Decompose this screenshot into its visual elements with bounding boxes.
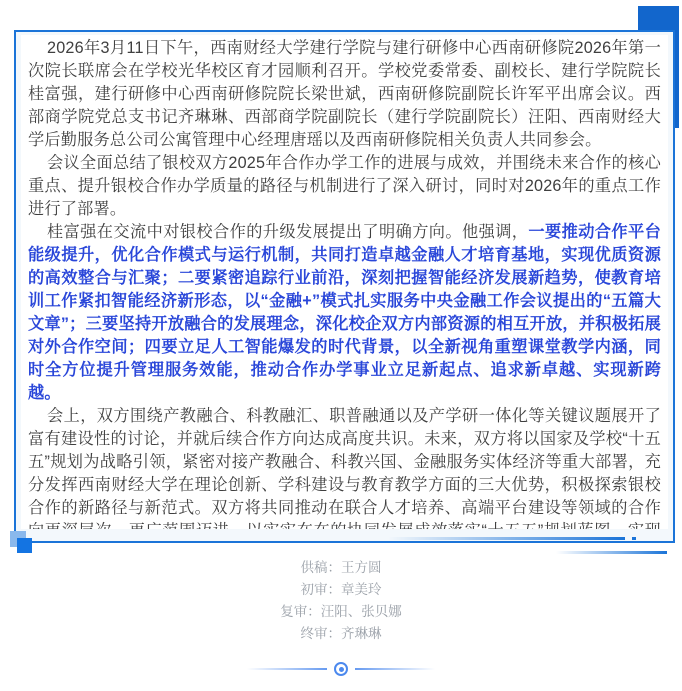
body-text: 会议全面总结了银校双方2025年合作办学工作的进展与成效，并围绕未来合作的核心重… <box>28 154 661 218</box>
article-content: 2026年3月11日下午，西南财经大学建行学院与建行研修中心西南研修院2026年… <box>21 35 668 529</box>
divider-circle-dot <box>339 667 344 672</box>
article-paragraph: 桂富强在交流中对银校合作的升级发展提出了明确方向。他强调，一要推动合作平台能级提… <box>28 221 661 405</box>
divider-line-right <box>355 668 435 670</box>
article-card: 2026年3月11日下午，西南财经大学建行学院与建行研修中心西南研修院2026年… <box>14 30 675 543</box>
emphasized-text: 一要推动合作平台能级提升，优化合作模式与运行机制，共同打造卓越金融人才培育基地，… <box>28 223 661 402</box>
body-text: 桂富强在交流中对银校合作的升级发展提出了明确方向。他强调， <box>47 223 528 241</box>
article-paragraph: 会议全面总结了银校双方2025年合作办学工作的进展与成效，并围绕未来合作的核心重… <box>28 152 661 221</box>
credits-block: 供稿：王方圆 初审：章美玲 复审：汪阳、张贝娜 终审：齐琳琳 <box>0 557 682 645</box>
credit-line-contributor: 供稿：王方圆 <box>0 557 682 579</box>
credit-line-second-review: 复审：汪阳、张贝娜 <box>0 601 682 623</box>
article-paragraph: 2026年3月11日下午，西南财经大学建行学院与建行研修中心西南研修院2026年… <box>28 37 661 152</box>
article-paragraph: 会上，双方围绕产教融合、科教融汇、职普融通以及产学研一体化等关键议题展开了富有建… <box>28 405 661 529</box>
end-divider <box>0 661 682 677</box>
article-paragraphs: 2026年3月11日下午，西南财经大学建行学院与建行研修中心西南研修院2026年… <box>28 37 661 529</box>
bottom-left-square-dark <box>17 538 32 553</box>
article-page: 2026年3月11日下午，西南财经大学建行学院与建行研修中心西南研修院2026年… <box>0 0 682 691</box>
divider-circle-icon <box>334 662 348 676</box>
body-text: 2026年3月11日下午，西南财经大学建行学院与建行研修中心西南研修院2026年… <box>28 39 661 149</box>
credit-line-first-review: 初审：章美玲 <box>0 579 682 601</box>
divider-line-left <box>247 668 327 670</box>
body-text: 会上，双方围绕产教融合、科教融汇、职普融通以及产学研一体化等关键议题展开了富有建… <box>28 407 661 529</box>
credit-line-final-review: 终审：齐琳琳 <box>0 623 682 645</box>
below-card-gradient-line <box>556 551 667 554</box>
card-bottom-line-dot <box>632 537 636 540</box>
card-bottom-gradient-line <box>388 537 625 540</box>
